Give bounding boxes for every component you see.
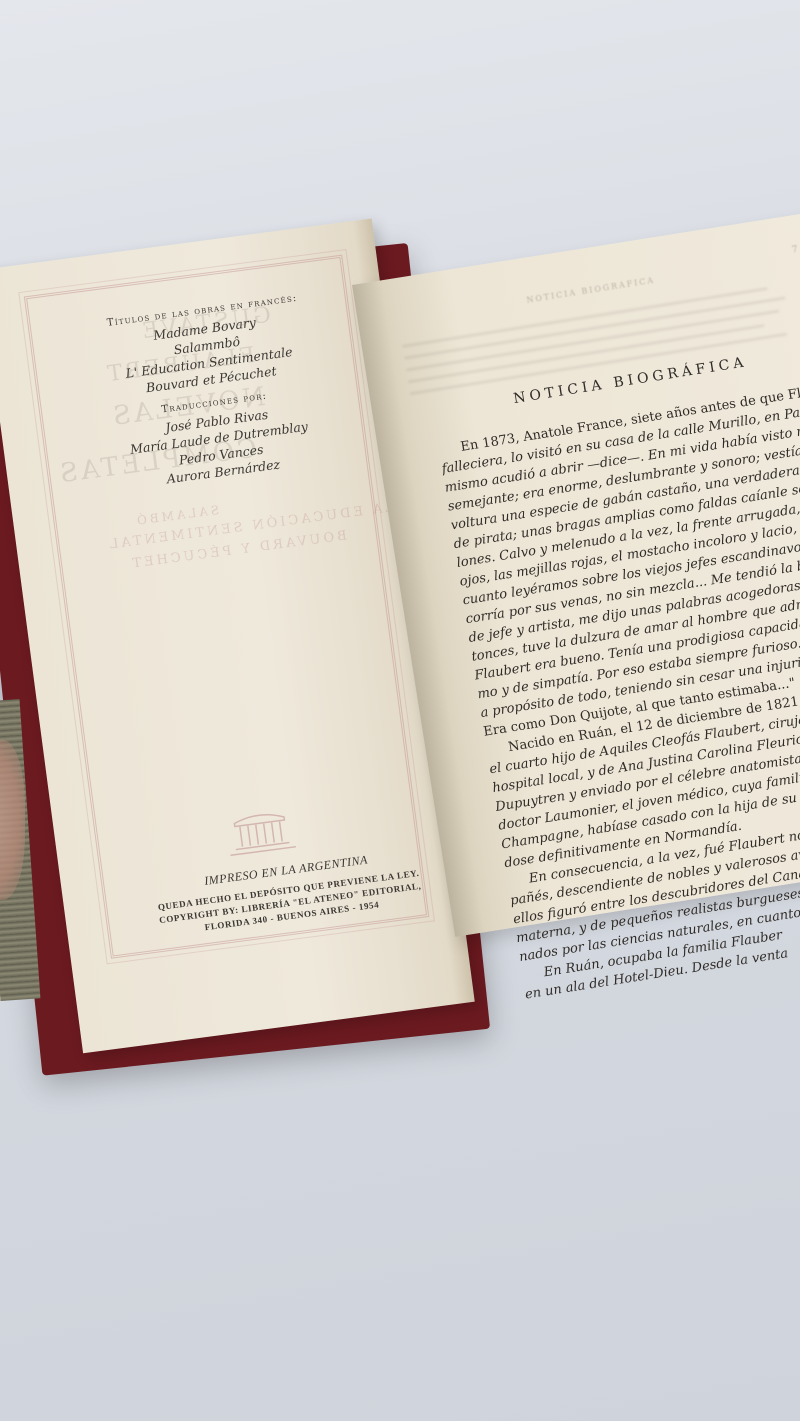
paragraph-1: En 1873, Anatole France, siete años ante… — [438, 373, 800, 742]
biography-article: NOTICIA BIOGRÁFICA En 1873, Anatole Fran… — [432, 335, 800, 1004]
page-number: 7 — [791, 245, 798, 256]
temple-icon — [223, 806, 298, 859]
photo-scene: GUSTAVE FLAUBERT NOVELAS COMPLETAS SALAM… — [0, 0, 800, 1421]
french-titles-block: Títulos de las obras en francés: Madame … — [57, 284, 368, 498]
